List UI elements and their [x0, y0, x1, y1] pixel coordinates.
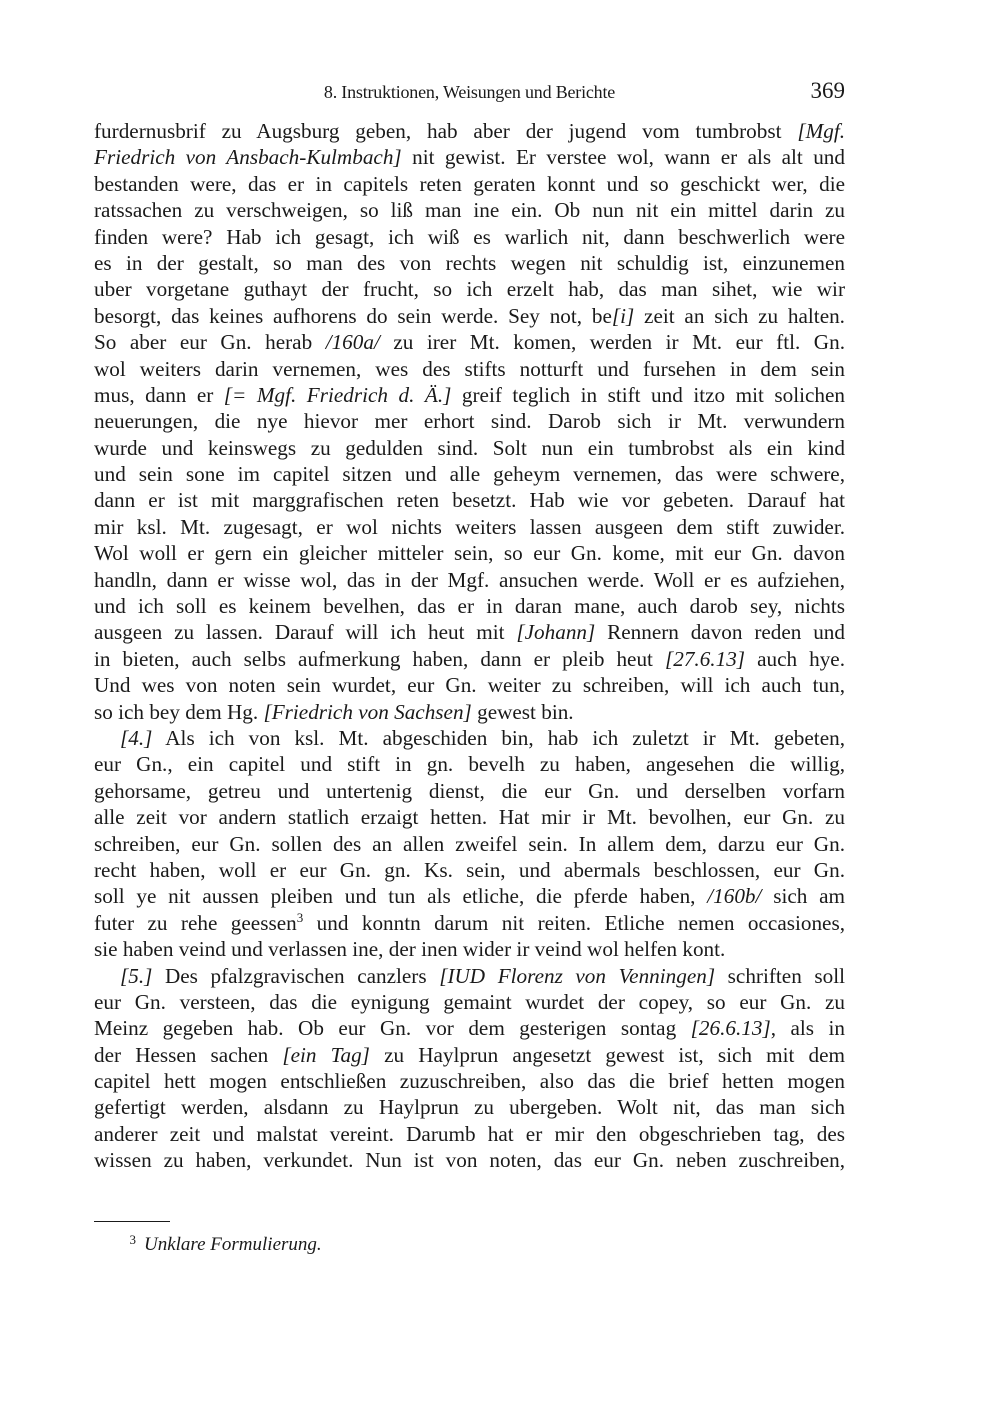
text-run: Wol woll er gern ein gleicher mitteler s…	[94, 541, 845, 565]
editorial-annotation: [= Mgf. Friedrich d. Ä.]	[224, 383, 452, 407]
text-run: So aber eur Gn. herab	[94, 330, 326, 354]
text-run: mus, dann er	[94, 383, 224, 407]
text-run: handln, dann er wisse wol, das in der Mg…	[94, 568, 845, 592]
text-run: dann er ist mit marggrafischen reten bes…	[94, 488, 845, 512]
text-run: zu Haylprun angesetzt gewest ist, sich m…	[370, 1043, 845, 1067]
text-run: sie haben veind und verlassen ine, der i…	[94, 937, 725, 961]
text-line: So aber eur Gn. herab /160a/ zu irer Mt.…	[94, 329, 845, 355]
text-run: soll ye nit aussen pleiben und tun als e…	[94, 884, 707, 908]
editorial-annotation: [Johann]	[516, 620, 595, 644]
editorial-annotation: [27.6.13]	[665, 647, 745, 671]
editorial-annotation: [4.]	[120, 726, 152, 750]
text-run: zeit an sich zu halten.	[634, 304, 845, 328]
text-run: wissen zu haben, verkundet. Nun ist von …	[94, 1148, 845, 1172]
text-run: Rennern davon reden und	[595, 620, 845, 644]
text-line: der Hessen sachen [ein Tag] zu Haylprun …	[94, 1042, 845, 1068]
editorial-annotation: [26.6.13]	[691, 1016, 771, 1040]
page-header: 8. Instruktionen, Weisungen und Berichte…	[94, 78, 845, 108]
text-line: sie haben veind und verlassen ine, der i…	[94, 936, 845, 962]
editorial-annotation: [5.]	[120, 964, 152, 988]
text-line: mus, dann er [= Mgf. Friedrich d. Ä.] gr…	[94, 382, 845, 408]
text-run: auch hye.	[745, 647, 845, 671]
text-line: wol weiters darin vernemen, wes des stif…	[94, 356, 845, 382]
text-line: Friedrich von Ansbach-Kulmbach] nit gewi…	[94, 144, 845, 170]
text-run: gewest bin.	[472, 700, 574, 724]
text-run: und konntn darum nit reiten. Etliche nem…	[303, 911, 845, 935]
text-line: handln, dann er wisse wol, das in der Mg…	[94, 567, 845, 593]
text-run: futer zu rehe geessen	[94, 911, 297, 935]
editorial-annotation: /160b/	[707, 884, 761, 908]
text-run: neuerungen, die nye hievor mer erhort si…	[94, 409, 845, 433]
footnote-mark: 3	[94, 1228, 144, 1252]
text-run: sich am	[761, 884, 845, 908]
text-line: gefertigt werden, alsdann zu Haylprun zu…	[94, 1094, 845, 1120]
text-run: recht haben, woll er eur Gn. gn. Ks. sei…	[94, 858, 845, 882]
text-run: wurde und keinswegs zu gedulden sind. So…	[94, 436, 845, 460]
text-run: so ich bey dem Hg.	[94, 700, 263, 724]
editorial-annotation: [ein Tag]	[282, 1043, 370, 1067]
text-run: finden were? Hab ich gesagt, ich wiß es …	[94, 225, 845, 249]
text-run: gefertigt werden, alsdann zu Haylprun zu…	[94, 1095, 845, 1119]
text-line: ratssachen zu verschweigen, so liß man i…	[94, 197, 845, 223]
text-run: ausgeen zu lassen. Darauf will ich heut …	[94, 620, 516, 644]
editorial-annotation: Friedrich von Ansbach-Kulmbach]	[94, 145, 402, 169]
editorial-annotation: [IUD Florenz von Venningen]	[439, 964, 715, 988]
text-line: und sein sone im capitel sitzen und alle…	[94, 461, 845, 487]
text-run: mir ksl. Mt. zugesagt, er wol nichts wei…	[94, 515, 845, 539]
text-run: Als ich von ksl. Mt. abgeschiden bin, ha…	[152, 726, 845, 750]
text-run: greif teglich in stift und itzo mit soli…	[451, 383, 845, 407]
text-run: Des pfalzgravischen canzlers	[152, 964, 439, 988]
text-run: bestanden were, das er in capitels reten…	[94, 172, 845, 196]
text-line: Und wes von noten sein wurdet, eur Gn. w…	[94, 672, 845, 698]
text-line: besorgt, das keines aufhorens do sein we…	[94, 303, 845, 329]
text-line: ausgeen zu lassen. Darauf will ich heut …	[94, 619, 845, 645]
text-line: wurde und keinswegs zu gedulden sind. So…	[94, 435, 845, 461]
text-line: wissen zu haben, verkundet. Nun ist von …	[94, 1147, 845, 1173]
text-run: capitel hett mogen entschließen zuzuschr…	[94, 1069, 845, 1093]
text-run: schreiben, eur Gn. sollen des an allen z…	[94, 832, 845, 856]
text-run: eur Gn. versteen, das die eynigung gemai…	[94, 990, 845, 1014]
text-line: in bieten, auch selbs aufmerkung haben, …	[94, 646, 845, 672]
text-line: uber vorgetane guthayt der frucht, so ic…	[94, 276, 845, 302]
text-run: schriften soll	[715, 964, 845, 988]
text-line: capitel hett mogen entschließen zuzuschr…	[94, 1068, 845, 1094]
editorial-annotation: [Friedrich von Sachsen]	[263, 700, 471, 724]
running-title: 8. Instruktionen, Weisungen und Berichte	[94, 82, 845, 103]
editorial-annotation: [Mgf.	[797, 119, 845, 143]
text-run: Meinz gegeben hab. Ob eur Gn. vor dem ge…	[94, 1016, 691, 1040]
page-number: 369	[811, 78, 846, 104]
editorial-annotation: [i]	[612, 304, 634, 328]
editorial-annotation: /160a/	[326, 330, 380, 354]
text-line: bestanden were, das er in capitels reten…	[94, 171, 845, 197]
text-run: der Hessen sachen	[94, 1043, 282, 1067]
text-run: zu irer Mt. komen, werden ir Mt. eur ftl…	[380, 330, 845, 354]
text-run: und ich soll es keinem bevelhen, das er …	[94, 594, 845, 618]
text-line: Meinz gegeben hab. Ob eur Gn. vor dem ge…	[94, 1015, 845, 1041]
text-line: eur Gn. versteen, das die eynigung gemai…	[94, 989, 845, 1015]
text-line: mir ksl. Mt. zugesagt, er wol nichts wei…	[94, 514, 845, 540]
text-run: besorgt, das keines aufhorens do sein we…	[94, 304, 612, 328]
text-line: recht haben, woll er eur Gn. gn. Ks. sei…	[94, 857, 845, 883]
text-line: und ich soll es keinem bevelhen, das er …	[94, 593, 845, 619]
text-run: eur Gn., ein capitel und stift in gn. be…	[94, 752, 845, 776]
text-run: furdernusbrif zu Augsburg geben, hab abe…	[94, 119, 797, 143]
footnote: 3Unklare Formulierung.	[94, 1228, 845, 1257]
text-run: uber vorgetane guthayt der frucht, so ic…	[94, 277, 845, 301]
text-line: alle zeit vor andern statlich erzaigt he…	[94, 804, 845, 830]
text-line: gehorsame, getreu und untertenig dienst,…	[94, 778, 845, 804]
text-run: ratssachen zu verschweigen, so liß man i…	[94, 198, 845, 222]
text-line: soll ye nit aussen pleiben und tun als e…	[94, 883, 845, 909]
text-run: gehorsame, getreu und untertenig dienst,…	[94, 779, 845, 803]
text-run: wol weiters darin vernemen, wes des stif…	[94, 357, 845, 381]
text-run: Und wes von noten sein wurdet, eur Gn. w…	[94, 673, 845, 697]
body-text: furdernusbrif zu Augsburg geben, hab abe…	[94, 118, 845, 1174]
text-line: dann er ist mit marggrafischen reten bes…	[94, 487, 845, 513]
text-line: so ich bey dem Hg. [Friedrich von Sachse…	[94, 699, 845, 725]
text-run: es in der gestalt, so man des von rechts…	[94, 251, 845, 275]
text-line: eur Gn., ein capitel und stift in gn. be…	[94, 751, 845, 777]
text-line: finden were? Hab ich gesagt, ich wiß es …	[94, 224, 845, 250]
text-line: [4.] Als ich von ksl. Mt. abgeschiden bi…	[94, 725, 845, 751]
text-line: furdernusbrif zu Augsburg geben, hab abe…	[94, 118, 845, 144]
text-line: Wol woll er gern ein gleicher mitteler s…	[94, 540, 845, 566]
text-line: futer zu rehe geessen3 und konntn darum …	[94, 910, 845, 936]
text-run: anderer zeit und malstat vereint. Darumb…	[94, 1122, 845, 1146]
text-line: anderer zeit und malstat vereint. Darumb…	[94, 1121, 845, 1147]
text-line: schreiben, eur Gn. sollen des an allen z…	[94, 831, 845, 857]
text-run: in bieten, auch selbs aufmerkung haben, …	[94, 647, 665, 671]
text-line: es in der gestalt, so man des von rechts…	[94, 250, 845, 276]
text-line: [5.] Des pfalzgravischen canzlers [IUD F…	[94, 963, 845, 989]
text-run: und sein sone im capitel sitzen und alle…	[94, 462, 845, 486]
text-run: , als in	[771, 1016, 845, 1040]
footnote-text: Unklare Formulierung.	[144, 1234, 322, 1255]
text-line: neuerungen, die nye hievor mer erhort si…	[94, 408, 845, 434]
footnote-rule	[94, 1221, 170, 1222]
text-run: nit gewist. Er verstee wol, wann er als …	[402, 145, 845, 169]
text-run: alle zeit vor andern statlich erzaigt he…	[94, 805, 845, 829]
